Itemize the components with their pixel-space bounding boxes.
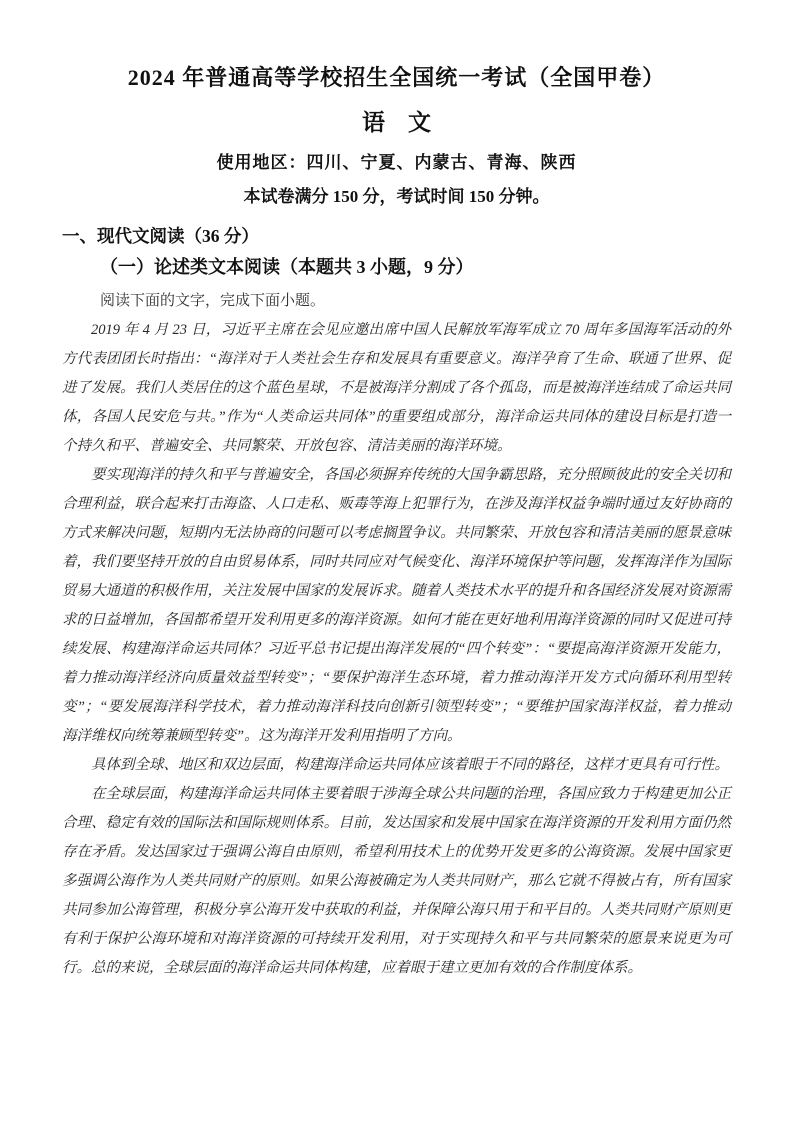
exam-subject: 语 文 (62, 107, 731, 139)
exam-score-line: 本试卷满分 150 分，考试时间 150 分钟。 (62, 185, 731, 209)
exam-paper-page: 2024 年普通高等学校招生全国统一考试（全国甲卷） 语 文 使用地区：四川、宁… (0, 0, 793, 1122)
section-heading-modern-reading: 一、现代文阅读（36 分） (62, 223, 731, 249)
subsection-heading-argumentative-reading: （一）论述类文本阅读（本题共 3 小题，9 分） (62, 254, 731, 280)
reading-passage: 2019 年 4 月 23 日，习近平主席在会见应邀出席中国人民解放军海军成立 … (62, 316, 731, 983)
passage-paragraph-1: 2019 年 4 月 23 日，习近平主席在会见应邀出席中国人民解放军海军成立 … (62, 316, 731, 461)
passage-paragraph-4: 在全球层面，构建海洋命运共同体主要着眼于涉海全球公共问题的治理，各国应致力于构建… (62, 780, 731, 983)
reading-instruction: 阅读下面的文字，完成下面小题。 (62, 290, 731, 312)
passage-paragraph-2: 要实现海洋的持久和平与普遍安全，各国必须摒弃传统的大国争霸思路，充分照顾彼此的安… (62, 461, 731, 751)
exam-region-line: 使用地区：四川、宁夏、内蒙古、青海、陕西 (62, 151, 731, 175)
exam-title: 2024 年普通高等学校招生全国统一考试（全国甲卷） (62, 62, 731, 94)
passage-paragraph-3: 具体到全球、地区和双边层面，构建海洋命运共同体应该着眼于不同的路径，这样才更具有… (62, 751, 731, 780)
